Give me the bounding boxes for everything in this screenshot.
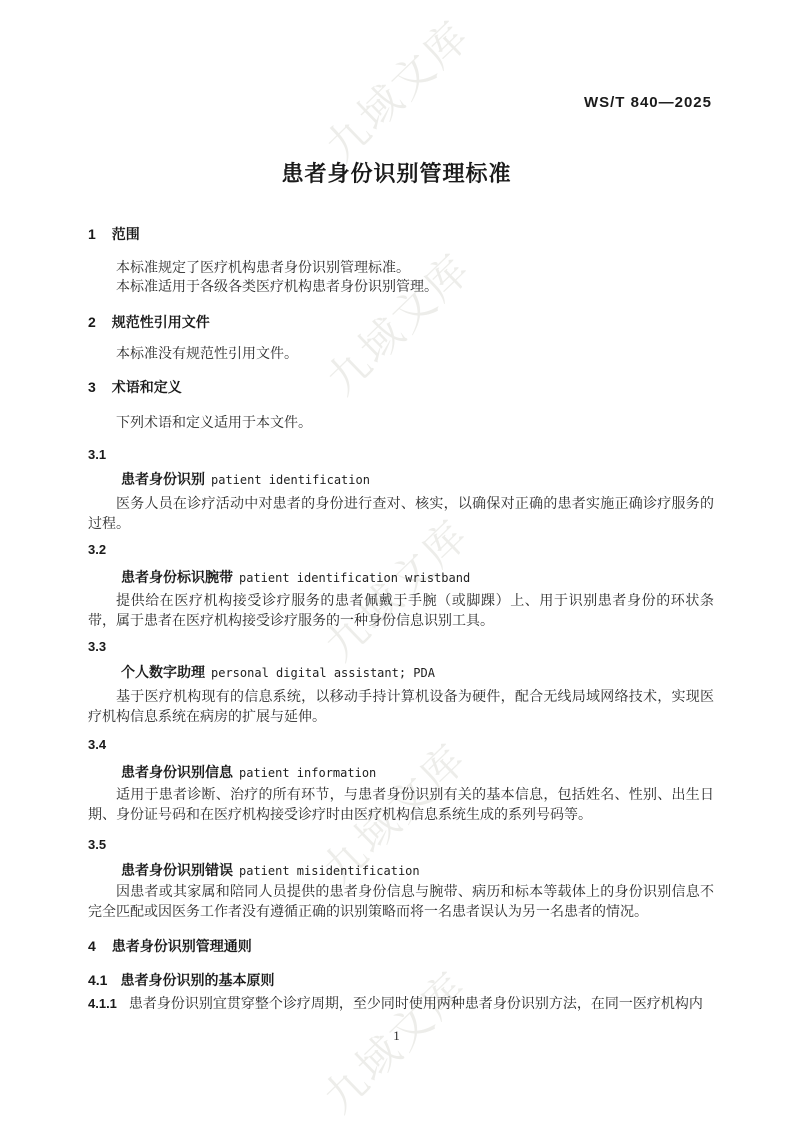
- section-2-paragraphs: 本标准没有规范性引用文件。: [88, 345, 714, 364]
- term-line: 患者身份识别错误patient misidentification: [88, 860, 728, 881]
- clause-4-1-1: 4.1.1患者身份识别宜贯穿整个诊疗周期，至少同时使用两种患者身份识别方法，在同…: [88, 994, 738, 1015]
- paragraph: 本标准没有规范性引用文件。: [88, 345, 714, 364]
- section-4-1-heading: 4.1患者身份识别的基本原则: [88, 970, 728, 990]
- term-definition: 因患者或其家属和陪同人员提供的患者身份信息与腕带、病历和标本等载体上的身份识别信…: [88, 883, 714, 923]
- watermark: 九域文库: [310, 5, 481, 173]
- term-definition: 基于医疗机构现有的信息系统，以移动手持计算机设备为硬件，配合无线局域网络技术，实…: [88, 688, 714, 728]
- term-line: 患者身份识别信息patient information: [88, 762, 728, 783]
- term-en: patient identification wristband: [239, 571, 470, 585]
- term-definition: 提供给在医疗机构接受诊疗服务的患者佩戴于手腕（或脚踝）上、用于识别患者身份的环状…: [88, 592, 714, 632]
- term-number: 3.2: [88, 540, 106, 560]
- section-3-paragraphs: 下列术语和定义适用于本文件。: [88, 414, 714, 433]
- section-number: 1: [88, 226, 96, 242]
- clause-text: 患者身份识别宜贯穿整个诊疗周期，至少同时使用两种患者身份识别方法，在同一医疗机构…: [129, 997, 703, 1012]
- term-zh: 患者身份标识腕带: [121, 569, 233, 585]
- term-zh: 患者身份识别: [121, 471, 205, 487]
- term-definition: 适用于患者诊断、治疗的所有环节，与患者身份识别有关的基本信息，包括姓名、性别、出…: [88, 786, 714, 826]
- term-en: personal digital assistant; PDA: [211, 666, 435, 680]
- clause-number: 4.1.1: [88, 996, 117, 1011]
- section-number: 4: [88, 938, 96, 954]
- section-number: 4.1: [88, 972, 107, 988]
- term-number: 3.1: [88, 445, 106, 465]
- term-number: 3.5: [88, 835, 106, 855]
- page-title: 患者身份识别管理标准: [0, 157, 793, 188]
- page-number: 1: [0, 1028, 793, 1044]
- section-3-heading: 3术语和定义: [88, 377, 728, 397]
- section-1-paragraphs: 本标准规定了医疗机构患者身份识别管理标准。 本标准适用于各级各类医疗机构患者身份…: [88, 259, 714, 297]
- term-line: 个人数字助理personal digital assistant; PDA: [88, 662, 728, 683]
- term-line: 患者身份识别patient identification: [88, 469, 728, 490]
- paragraph: 本标准适用于各级各类医疗机构患者身份识别管理。: [88, 278, 714, 297]
- section-heading-text: 患者身份识别的基本原则: [120, 972, 274, 988]
- term-en: patient information: [239, 766, 376, 780]
- term-definition: 医务人员在诊疗活动中对患者的身份进行查对、核实，以确保对正确的患者实施正确诊疗服…: [88, 495, 714, 535]
- term-zh: 患者身份识别错误: [121, 862, 233, 878]
- term-zh: 个人数字助理: [121, 664, 205, 680]
- document-page: 九域文库 九域文库 九域文库 九域文库 九域文库 WS/T 840—2025 患…: [0, 0, 793, 1122]
- section-number: 3: [88, 379, 96, 395]
- section-2-heading: 2规范性引用文件: [88, 312, 728, 332]
- section-1-heading: 1范围: [88, 224, 728, 244]
- section-heading-text: 术语和定义: [112, 379, 182, 395]
- term-number: 3.3: [88, 637, 106, 657]
- section-number: 2: [88, 314, 96, 330]
- term-en: patient misidentification: [239, 864, 420, 878]
- term-en: patient identification: [211, 473, 370, 487]
- section-heading-text: 患者身份识别管理通则: [112, 938, 252, 954]
- paragraph: 本标准规定了医疗机构患者身份识别管理标准。: [88, 259, 714, 278]
- term-zh: 患者身份识别信息: [121, 764, 233, 780]
- term-number: 3.4: [88, 735, 106, 755]
- doc-code: WS/T 840—2025: [584, 94, 712, 111]
- section-heading-text: 规范性引用文件: [112, 314, 210, 330]
- section-4-heading: 4患者身份识别管理通则: [88, 936, 728, 956]
- paragraph: 下列术语和定义适用于本文件。: [88, 414, 714, 433]
- term-line: 患者身份标识腕带patient identification wristband: [88, 567, 728, 588]
- section-heading-text: 范围: [112, 226, 140, 242]
